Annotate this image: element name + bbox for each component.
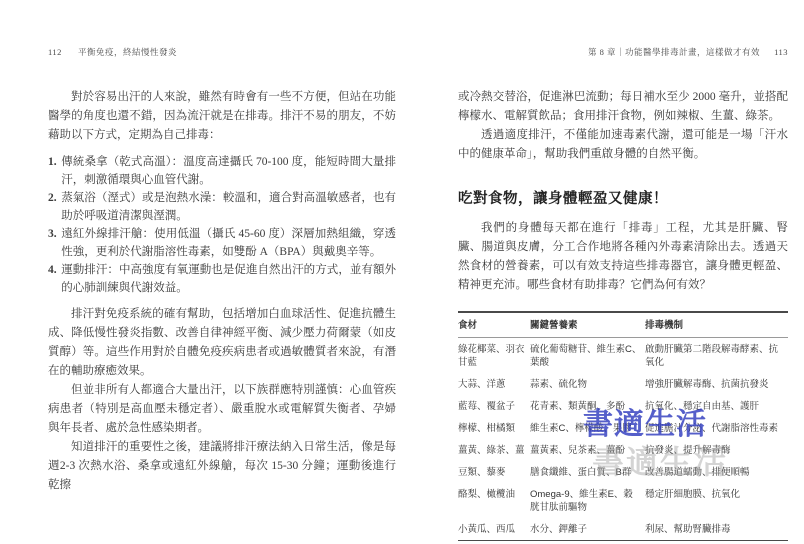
paragraph: 透過適度排汗，不僅能加速毒素代謝，還可能是一場「汗水中的健康革命」，幫助我們重啟… <box>458 126 788 164</box>
table-cell: 水分、鉀離子 <box>530 518 645 541</box>
table-cell: 抗氧化、穩定自由基、護肝 <box>645 395 788 417</box>
table-cell: 改善腸道蠕動、排便順暢 <box>645 461 788 483</box>
table-cell: 穩定肝細胞膜、抗氧化 <box>645 483 788 518</box>
right-body-text: 或冷熱交替浴，促進淋巴流動；每日補水至少 2000 毫升，並搭配檸檬水、電解質飲… <box>458 88 788 541</box>
list-number: 3. <box>48 225 57 243</box>
detox-foods-table: 食材 關鍵營養素 排毒機制 綠花椰菜、羽衣甘藍 硫化葡萄糖苷、維生素C、葉酸 啟… <box>458 311 788 541</box>
book-title: 平衡免疫，終結慢性發炎 <box>78 46 177 58</box>
section-heading: 吃對食物，讓身體輕盈又健康！ <box>458 190 788 209</box>
list-item: 3. 遠紅外線排汗艙：使用低溫（攝氏 45-60 度）深層加熱組織，穿透性強，更… <box>48 225 396 261</box>
running-head-right: 第 8 章｜功能醫學排毒計畫，這樣做才有效 113 <box>588 46 788 58</box>
table-cell: 豆類、藜麥 <box>458 461 530 483</box>
table-row: 酪梨、橄欖油 Omega-9、維生素E、穀胱甘肽前驅物 穩定肝細胞膜、抗氧化 <box>458 483 788 518</box>
table-cell: 薑黃、綠茶、薑 <box>458 439 530 461</box>
running-head-left: 112 平衡免疫，終結慢性發炎 <box>48 46 177 58</box>
table-cell: 蒜素、硫化物 <box>530 373 645 395</box>
paragraph: 對於容易出汗的人來說，雖然有時會有一些不方便，但站在功能醫學的角度也還不錯，因為… <box>48 88 396 145</box>
page-right: 第 8 章｜功能醫學排毒計畫，這樣做才有效 113 或冷熱交替浴，促進淋巴流動；… <box>402 0 804 544</box>
table-cell: 膳食纖維、蛋白質、B群 <box>530 461 645 483</box>
table-cell: 綠花椰菜、羽衣甘藍 <box>458 338 530 374</box>
table-row: 檸檬、柑橘類 維生素C、檸檬酸、果膠 促進膽汁分泌、代謝脂溶性毒素 <box>458 417 788 439</box>
table-cell: 維生素C、檸檬酸、果膠 <box>530 417 645 439</box>
list-item-text: 遠紅外線排汗艙：使用低溫（攝氏 45-60 度）深層加熱組織，穿透性強，更利於代… <box>61 228 396 258</box>
table-cell: 利尿、幫助腎臟排毒 <box>645 518 788 541</box>
table-row: 大蒜、洋蔥 蒜素、硫化物 增強肝臟解毒酶、抗菌抗發炎 <box>458 373 788 395</box>
table-cell: 硫化葡萄糖苷、維生素C、葉酸 <box>530 338 645 374</box>
list-item-text: 蒸氣浴（溼式）或是泡熱水澡：較溫和，適合對高溫敏感者，也有助於呼吸道清潔與溼潤。 <box>61 192 396 222</box>
table-cell: 酪梨、橄欖油 <box>458 483 530 518</box>
list-item-text: 運動排汗：中高強度有氧運動也是促進自然出汗的方式，並有額外的心肺訓練與代謝效益。 <box>61 264 396 294</box>
sweat-methods-list: 1. 傳統桑拿（乾式高溫）：溫度高達攝氏 70-100 度，能短時間大量排汗，刺… <box>48 153 396 297</box>
table-cell: 抗發炎、提升解毒酶 <box>645 439 788 461</box>
list-number: 1. <box>48 153 57 171</box>
table-cell: 檸檬、柑橘類 <box>458 417 530 439</box>
page-left: 112 平衡免疫，終結慢性發炎 對於容易出汗的人來說，雖然有時會有一些不方便，但… <box>0 0 402 544</box>
page-number-right: 113 <box>774 47 788 57</box>
paragraph: 但並非所有人都適合大量出汗，以下族群應特別謹慎：心血管疾病患者（特別是高血壓未穩… <box>48 381 396 438</box>
list-item: 1. 傳統桑拿（乾式高溫）：溫度高達攝氏 70-100 度，能短時間大量排汗，刺… <box>48 153 396 189</box>
table-cell: 啟動肝臟第二階段解毒酵素、抗氧化 <box>645 338 788 374</box>
table-header-cell: 關鍵營養素 <box>530 312 645 338</box>
list-item-text: 傳統桑拿（乾式高溫）：溫度高達攝氏 70-100 度，能短時間大量排汗，刺激循環… <box>61 156 396 186</box>
table-row: 小黃瓜、西瓜 水分、鉀離子 利尿、幫助腎臟排毒 <box>458 518 788 541</box>
list-number: 4. <box>48 261 57 279</box>
table-cell: 藍莓、覆盆子 <box>458 395 530 417</box>
table-row: 藍莓、覆盆子 花青素、類黃酮、多酚 抗氧化、穩定自由基、護肝 <box>458 395 788 417</box>
list-number: 2. <box>48 189 57 207</box>
table-cell: 薑黃素、兒茶素、薑酚 <box>530 439 645 461</box>
left-body-text: 對於容易出汗的人來說，雖然有時會有一些不方便，但站在功能醫學的角度也還不錯，因為… <box>48 88 396 495</box>
table-header-cell: 食材 <box>458 312 530 338</box>
table-row: 綠花椰菜、羽衣甘藍 硫化葡萄糖苷、維生素C、葉酸 啟動肝臟第二階段解毒酵素、抗氧… <box>458 338 788 374</box>
table-cell: 小黃瓜、西瓜 <box>458 518 530 541</box>
table-header-row: 食材 關鍵營養素 排毒機制 <box>458 312 788 338</box>
list-item: 4. 運動排汗：中高強度有氧運動也是促進自然出汗的方式，並有額外的心肺訓練與代謝… <box>48 261 396 297</box>
chapter-title: 第 8 章｜功能醫學排毒計畫，這樣做才有效 <box>588 46 760 58</box>
paragraph: 我們的身體每天都在進行「排毒」工程，尤其是肝臟、腎臟、腸道與皮膚，分工合作地將各… <box>458 219 788 295</box>
paragraph: 知道排汗的重要性之後，建議將排汗療法納入日常生活，像是每週2-3 次熱水浴、桑拿… <box>48 438 396 495</box>
page-number-left: 112 <box>48 47 62 57</box>
book-spread: { "page_left": { "page_number": "112", "… <box>0 0 804 544</box>
table-cell: Omega-9、維生素E、穀胱甘肽前驅物 <box>530 483 645 518</box>
list-item: 2. 蒸氣浴（溼式）或是泡熱水澡：較溫和，適合對高溫敏感者，也有助於呼吸道清潔與… <box>48 189 396 225</box>
table-row: 豆類、藜麥 膳食纖維、蛋白質、B群 改善腸道蠕動、排便順暢 <box>458 461 788 483</box>
table-row: 薑黃、綠茶、薑 薑黃素、兒茶素、薑酚 抗發炎、提升解毒酶 <box>458 439 788 461</box>
table-cell: 促進膽汁分泌、代謝脂溶性毒素 <box>645 417 788 439</box>
table-header-cell: 排毒機制 <box>645 312 788 338</box>
paragraph: 排汗對免疫系統的確有幫助，包括增加白血球活性、促進抗體生成、降低慢性發炎指數、改… <box>48 305 396 381</box>
table-cell: 大蒜、洋蔥 <box>458 373 530 395</box>
paragraph: 或冷熱交替浴，促進淋巴流動；每日補水至少 2000 毫升，並搭配檸檬水、電解質飲… <box>458 88 788 126</box>
table-cell: 花青素、類黃酮、多酚 <box>530 395 645 417</box>
table-cell: 增強肝臟解毒酶、抗菌抗發炎 <box>645 373 788 395</box>
